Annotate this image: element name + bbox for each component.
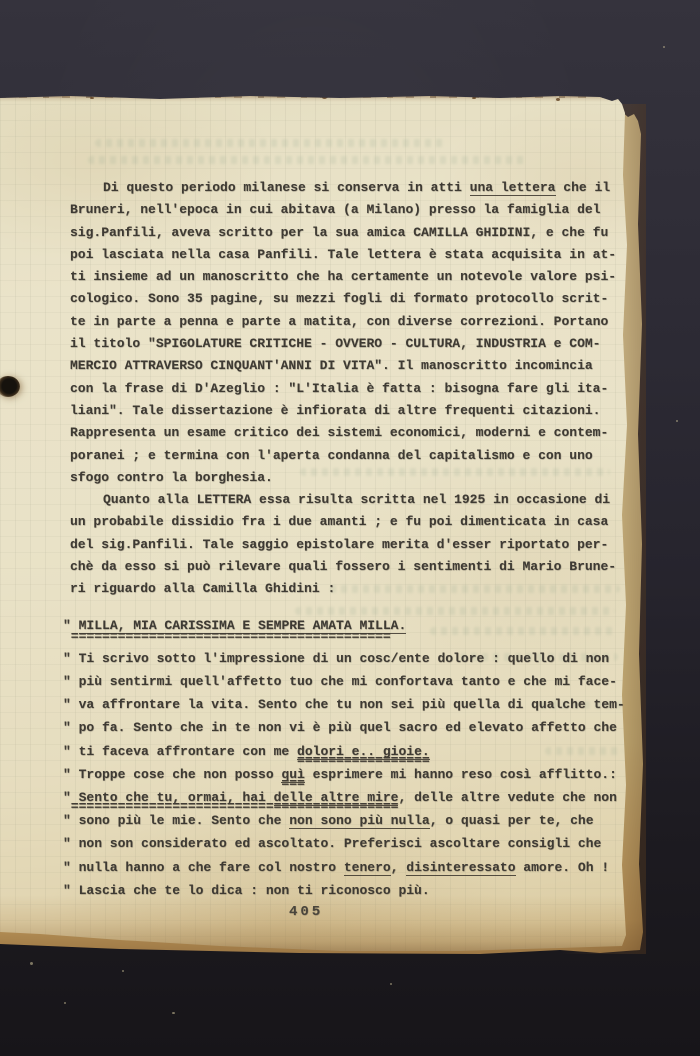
- page-number: 405: [289, 904, 323, 920]
- text-segment: ti insieme ad un manoscritto che ha cert…: [70, 269, 616, 284]
- text-segment: , delle altre vedute che non: [398, 790, 616, 805]
- bleed-through-text: [95, 139, 445, 147]
- text-line: il titolo "SPIGOLATURE CRITICHE - OVVERO…: [70, 335, 632, 357]
- text-line: " MILLA, MIA CARISSIMA E SEMPRE AMATA MI…: [63, 617, 632, 640]
- age-speck: [90, 97, 94, 99]
- text-segment: " po fa. Sento che in te non vi è più qu…: [63, 720, 617, 735]
- typed-equals-underline: =================: [297, 756, 430, 766]
- text-line: MERCIO ATTRAVERSO CINQUANT'ANNI DI VITA"…: [70, 357, 632, 379]
- text-segment: Rappresenta un esame critico dei sistemi…: [70, 425, 608, 440]
- bleed-through-text: [88, 156, 528, 164]
- text-segment: te in parte a penna e parte a matita, co…: [70, 314, 608, 329]
- text-line: un probabile dissidio fra i due amanti ;…: [70, 513, 632, 535]
- text-line: Bruneri, nell'epoca in cui abitava (a Mi…: [70, 201, 632, 223]
- text-line: Rappresenta un esame critico dei sistemi…: [70, 424, 632, 446]
- typed-equals-underline: ===: [281, 779, 304, 789]
- text-line: " Troppe cose che non posso quì esprimer…: [63, 766, 632, 789]
- dust-speck: [30, 962, 33, 965]
- text-line: ri riguardo alla Camilla Ghidini :: [70, 580, 632, 602]
- text-line: " Lascia che te lo dica : non ti riconos…: [63, 882, 632, 905]
- text-segment: " più sentirmi quell'affetto tuo che mi …: [63, 674, 617, 689]
- text-line: poi lasciata nella casa Panfili. Tale le…: [70, 246, 632, 268]
- text-segment: chè da esso si può rilevare quali fosser…: [70, 559, 616, 574]
- text-line: del sig.Panfili. Tale saggio epistolare …: [70, 536, 632, 558]
- text-line: " po fa. Sento che in te non vi è più qu…: [63, 719, 632, 742]
- underlined-text-segment: non sono più nulla: [289, 813, 429, 829]
- dust-speck: [122, 970, 124, 972]
- text-segment: " non son considerato ed ascoltato. Pref…: [63, 836, 601, 851]
- text-segment: ri riguardo alla Camilla Ghidini :: [70, 581, 335, 596]
- text-line: sfogo contro la borghesia.: [70, 469, 632, 491]
- text-line: con la frase di D'Azeglio : "L'Italia è …: [70, 380, 632, 402]
- text-segment: , o quasi per te, che: [430, 813, 594, 828]
- text-line: Di questo periodo milanese si conserva i…: [70, 179, 632, 201]
- text-segment: " Lascia che te lo dica : non ti riconos…: [63, 883, 430, 898]
- text-segment: esprimere mi hanno reso così afflitto.:: [305, 767, 617, 782]
- text-segment: il titolo "SPIGOLATURE CRITICHE - OVVERO…: [70, 336, 601, 351]
- text-segment: Bruneri, nell'epoca in cui abitava (a Mi…: [70, 202, 601, 217]
- text-segment: " ti faceva affrontare con me: [63, 744, 297, 759]
- text-segment: cologico. Sono 35 pagine, su mezzi fogli…: [70, 291, 608, 306]
- underlined-text-segment: una lettera: [470, 180, 556, 196]
- typewritten-text: Di questo periodo milanese si conserva i…: [70, 179, 632, 905]
- text-segment: Quanto alla LETTERA essa risulta scritta…: [103, 492, 610, 507]
- text-line: " ti faceva affrontare con me dolori e..…: [63, 743, 632, 766]
- text-segment: amore. Oh !: [516, 860, 610, 875]
- text-line: " più sentirmi quell'affetto tuo che mi …: [63, 673, 632, 696]
- text-segment: " Ti scrivo sotto l'impressione di un co…: [63, 651, 609, 666]
- dust-speck: [663, 46, 665, 48]
- text-segment: sig.Panfili, aveva scritto per la sua am…: [70, 225, 608, 240]
- photo-of-document: { "page": { "number": "405" }, "colors":…: [0, 0, 700, 1056]
- text-segment: un probabile dissidio fra i due amanti ;…: [70, 514, 608, 529]
- text-line: " va affrontare la vita. Sento che tu no…: [63, 696, 632, 719]
- text-segment: " nulla hanno a che fare col nostro: [63, 860, 344, 875]
- text-segment: " Troppe cose che non posso: [63, 767, 281, 782]
- dust-speck: [64, 1002, 66, 1004]
- text-line: " non son considerato ed ascoltato. Pref…: [63, 835, 632, 858]
- text-segment: " va affrontare la vita. Sento che tu no…: [63, 697, 625, 712]
- text-line: te in parte a penna e parte a matita, co…: [70, 313, 632, 335]
- text-segment: poi lasciata nella casa Panfili. Tale le…: [70, 247, 616, 262]
- text-line: " sono più le mie. Sento che non sono pi…: [63, 812, 632, 835]
- text-segment: ,: [391, 860, 407, 875]
- typed-equals-underline: ========================================…: [71, 632, 391, 642]
- text-segment: " sono più le mie. Sento che: [63, 813, 289, 828]
- underlined-text-segment: tenero: [344, 860, 391, 876]
- dust-speck: [676, 420, 678, 422]
- age-speck: [556, 98, 560, 101]
- text-segment: MERCIO ATTRAVERSO CINQUANT'ANNI DI VITA"…: [70, 358, 593, 373]
- text-line: sig.Panfili, aveva scritto per la sua am…: [70, 224, 632, 246]
- age-speck: [472, 97, 476, 99]
- text-line: " nulla hanno a che fare col nostro tene…: [63, 859, 632, 882]
- text-line: cologico. Sono 35 pagine, su mezzi fogli…: [70, 290, 632, 312]
- typed-equals-underline: ========================================…: [71, 802, 399, 812]
- text-segment: Di questo periodo milanese si conserva i…: [103, 180, 470, 195]
- text-segment: con la frase di D'Azeglio : "L'Italia è …: [70, 381, 608, 396]
- text-segment: del sig.Panfili. Tale saggio epistolare …: [70, 537, 608, 552]
- text-segment: sfogo contro la borghesia.: [70, 470, 273, 485]
- dust-speck: [172, 1012, 175, 1014]
- text-segment: liani". Tale dissertazione è infiorata d…: [70, 403, 601, 418]
- text-segment: che il: [556, 180, 611, 195]
- text-line: " Ti scrivo sotto l'impressione di un co…: [63, 650, 632, 673]
- dust-speck: [390, 983, 392, 985]
- text-line: poranei ; e termina con l'aperta condann…: [70, 447, 632, 469]
- text-line: chè da esso si può rilevare quali fosser…: [70, 558, 632, 580]
- text-segment: poranei ; e termina con l'aperta condann…: [70, 448, 593, 463]
- text-line: " Sento che tu, ormai, hai delle altre m…: [63, 789, 632, 812]
- text-line: Quanto alla LETTERA essa risulta scritta…: [70, 491, 632, 513]
- text-line: liani". Tale dissertazione è infiorata d…: [70, 402, 632, 424]
- underlined-text-segment: disinteressato: [406, 860, 515, 876]
- text-line: ti insieme ad un manoscritto che ha cert…: [70, 268, 632, 290]
